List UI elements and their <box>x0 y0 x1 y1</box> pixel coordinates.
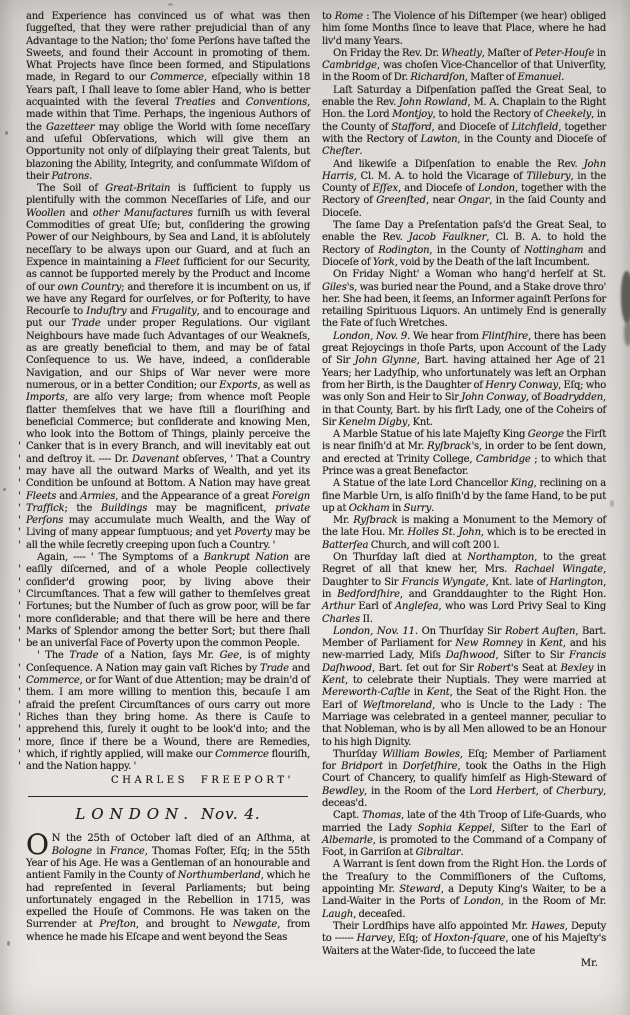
italic-text: Henry Conway <box>485 380 558 391</box>
italic-text: Harvey <box>357 933 393 944</box>
paragraph: On Friday the Rev. Dr. Wheatly, Maſter o… <box>322 48 606 85</box>
italic-text: Charles <box>322 614 360 625</box>
italic-text: Jacob Faulkner <box>409 232 486 243</box>
italic-text: Flintſhire <box>482 331 528 342</box>
italic-text: Bewdley <box>322 786 364 797</box>
paragraph: A Statue of the late Lord Chancellor Kin… <box>322 478 606 515</box>
italic-text: Peter-Houſe <box>535 48 594 59</box>
italic-text: Kent <box>427 687 450 698</box>
italic-text: Cambridge <box>322 60 377 71</box>
paragraph: A Marble Statue of his late Majeſty King… <box>322 429 606 478</box>
italic-text: John Rowland <box>399 97 467 108</box>
italic-text: Davenant <box>132 454 179 465</box>
italic-text: Emanuel <box>517 72 561 83</box>
italic-text: Richardſon <box>410 72 465 83</box>
italic-text: Francis Wyngate <box>402 577 486 588</box>
text-columns: and Experience has convinced us of what … <box>26 11 606 970</box>
italic-text: Cambridge <box>476 454 531 465</box>
paragraph: Thurſday William Bowles, Eſq; Member of … <box>322 749 606 810</box>
italic-text: Cheſter <box>322 146 359 157</box>
italic-text: John Glynne <box>355 355 417 366</box>
margin-quote-marks: ' ' ' ' ' ' ' ' ' <box>18 650 21 773</box>
paragraph: to Rome : The Violence of his Diſtemper … <box>322 11 606 48</box>
right-column-paragraphs: to Rome : The Violence of his Diſtemper … <box>322 11 606 958</box>
italic-text: George <box>528 429 564 440</box>
scan-smudge <box>621 271 630 323</box>
drop-cap: O <box>26 833 52 857</box>
italic-text: Harlington <box>549 577 603 588</box>
scan-speck <box>610 500 614 507</box>
paragraph: London, Nov. 9. We hear from Flintſhire,… <box>322 331 606 429</box>
italic-text: Induſtry <box>86 306 126 317</box>
paragraph: On Thurſday laſt died at Northampton, to… <box>322 552 606 626</box>
italic-text: Thomas <box>362 810 401 821</box>
italic-text: Fleets <box>26 491 56 502</box>
margin-quote-marks: ' ' ' ' ' ' ' <box>18 552 21 650</box>
newspaper-page: and Experience has convinced us of what … <box>0 0 630 1015</box>
italic-text: Montjoy <box>392 109 432 120</box>
italic-text: Bridport <box>341 761 383 772</box>
catchword: Mr. <box>322 958 598 970</box>
margin-quote-marks: ' ' ' ' ' ' ' ' ' <box>18 183 21 552</box>
italic-text: John Conway <box>461 392 525 403</box>
italic-text: Tillebury <box>526 171 570 182</box>
italic-text: Ongar <box>458 195 489 206</box>
italic-text: Ockham <box>349 503 390 514</box>
scan-speck <box>168 3 173 6</box>
italic-text: Daſhwood <box>446 650 496 661</box>
italic-text: Wheatly <box>441 48 481 59</box>
italic-text: Hoxton-ſquare <box>434 933 506 944</box>
italic-text: Fleet <box>155 257 180 268</box>
italic-text: Steward <box>399 884 440 895</box>
italic-text: Rome <box>335 11 363 22</box>
left-column: and Experience has convinced us of what … <box>26 11 310 970</box>
italic-text: Rachael Wingate <box>515 564 603 575</box>
scan-speck <box>3 488 6 491</box>
section-heading: LONDON.Nov. 4. <box>26 806 310 822</box>
paragraph: London, Nov. 11. On Thurſday Sir Robert … <box>322 626 606 749</box>
italic-text: Lawton <box>421 134 458 145</box>
italic-text: William Bowles <box>382 749 460 760</box>
right-column: to Rome : The Violence of his Diſtemper … <box>322 11 606 970</box>
italic-text: Imports <box>26 392 65 403</box>
italic-text: London, Nov. 9. <box>333 331 410 342</box>
italic-text: Great-Britain <box>105 183 170 194</box>
italic-text: London <box>464 896 501 907</box>
italic-text: Commerce <box>215 749 269 760</box>
italic-text: Stafford <box>391 122 431 133</box>
paragraph: Their Lordſhips have alſo appointed Mr. … <box>322 921 606 958</box>
italic-text: Armies <box>80 491 115 502</box>
italic-text: Gee <box>220 650 239 661</box>
italic-text: Greenſted <box>376 195 426 206</box>
italic-text: Litchfield <box>511 122 558 133</box>
italic-text: Poverty <box>235 527 272 538</box>
italic-text: Robert Auſten <box>505 626 575 637</box>
paragraph: and Experience has convinced us of what … <box>26 11 310 183</box>
italic-text: Surry <box>404 503 432 514</box>
italic-text: Nottingham <box>524 245 583 256</box>
letter-signature: CHARLES FREEPORT' <box>26 775 294 786</box>
italic-text: Cherbury <box>556 786 603 797</box>
section-heading-date: Nov. 4. <box>201 805 261 823</box>
scan-speck <box>7 941 10 946</box>
italic-text: Commerce <box>26 675 80 686</box>
italic-text: Eſſex <box>372 183 398 194</box>
italic-text: Bedfordſhire <box>337 589 400 600</box>
italic-text: Weſtmoreland <box>363 700 433 711</box>
paragraph: Mr. Ryſbrack is making a Monument to the… <box>322 515 606 552</box>
italic-text: Boadrydden <box>543 392 603 403</box>
italic-text: York <box>373 257 395 268</box>
section-divider <box>28 796 308 797</box>
italic-text: Rodington <box>378 245 429 256</box>
italic-text: Newgate <box>233 919 277 930</box>
italic-text: London <box>478 183 515 194</box>
italic-text: Gazetteer <box>46 122 94 133</box>
italic-text: Albemarle <box>322 835 373 846</box>
section-heading-city: LONDON. <box>75 805 194 823</box>
italic-text: King <box>511 478 534 489</box>
italic-text: Arthur <box>322 601 355 612</box>
italic-text: Trade <box>69 650 98 661</box>
italic-text: Holles St. John <box>407 527 480 538</box>
italic-text: Mereworth-Caſtle <box>322 687 410 698</box>
italic-text: Batterſea <box>322 540 368 551</box>
paragraph: ' The Trade of a Nation, ſays Mr. Gee, i… <box>26 650 310 773</box>
italic-text: other Manufactures <box>93 208 193 219</box>
italic-text: Giles <box>322 282 347 293</box>
italic-text: Cheekely <box>546 109 592 120</box>
italic-text: Foreign Traffick <box>26 491 310 514</box>
italic-text: Frugality <box>151 306 196 317</box>
italic-text: Bologne <box>52 846 92 857</box>
italic-text: New Romney <box>455 638 522 649</box>
italic-text: Bankrupt Nation <box>204 552 289 563</box>
dropcap-paragraph: ON the 25th of October laſt died of an A… <box>26 833 310 944</box>
italic-text: private Perſons <box>26 503 310 526</box>
italic-text: Kenelm Digby <box>339 417 408 428</box>
dropcap-paragraph-text: N the 25th of October laſt died of an Aſ… <box>26 833 310 942</box>
italic-text: Hawes <box>531 921 565 932</box>
italic-text: Dorſetſhire <box>403 761 458 772</box>
italic-text: Trade <box>72 318 101 329</box>
italic-text: Angleſea <box>395 601 439 612</box>
paragraph: The Soil of Great-Britain is ſufficient … <box>26 183 310 552</box>
paragraph: And likewiſe a Diſpenſation to enable th… <box>322 159 606 220</box>
scan-speck <box>5 131 8 135</box>
italic-text: Ryſbrack <box>353 515 397 526</box>
italic-text: Robert <box>477 663 511 674</box>
italic-text: Kent <box>540 638 563 649</box>
italic-text: Kent <box>322 675 345 686</box>
italic-text: Patrons <box>52 171 90 182</box>
italic-text: Gibraltar <box>416 847 461 858</box>
italic-text: Herbert <box>496 786 536 797</box>
italic-text: own Country <box>58 282 122 293</box>
italic-text: Buildings <box>101 503 147 514</box>
italic-text: Ryſbrack <box>427 441 471 452</box>
italic-text: France <box>110 846 145 857</box>
italic-text: Commerce <box>150 72 204 83</box>
italic-text: Trade <box>260 663 289 674</box>
paragraph: On Friday Night' a Woman who hang'd herſ… <box>322 269 606 330</box>
italic-text: Exports <box>219 380 257 391</box>
italic-text: Northumberland <box>178 870 261 881</box>
paragraph: The ſame Day a Preſentation paſs'd the G… <box>322 220 606 269</box>
italic-text: Bexley <box>560 663 593 674</box>
italic-text: Treaties <box>175 97 215 108</box>
paragraph: A Warrant is ſent down from the Right Ho… <box>322 859 606 920</box>
italic-text: Woollen <box>26 208 65 219</box>
paragraph: Capt. Thomas, late of the 4th Troop of L… <box>322 810 606 859</box>
paragraph: Laſt Saturday a Diſpenſation paſſed the … <box>322 85 606 159</box>
paragraph: Again, ---- ' The Symptoms of a Bankrupt… <box>26 552 310 650</box>
italic-text: Northampton <box>467 552 534 563</box>
scan-smudge-small <box>624 320 630 346</box>
italic-text: London, Nov. 11. <box>333 626 418 637</box>
left-column-paragraphs: and Experience has convinced us of what … <box>26 11 310 773</box>
italic-text: Preſton <box>99 919 136 930</box>
italic-text: Sophia Keppel <box>418 823 492 834</box>
italic-text: Conventions <box>246 97 307 108</box>
italic-text: Laugh <box>322 909 353 920</box>
